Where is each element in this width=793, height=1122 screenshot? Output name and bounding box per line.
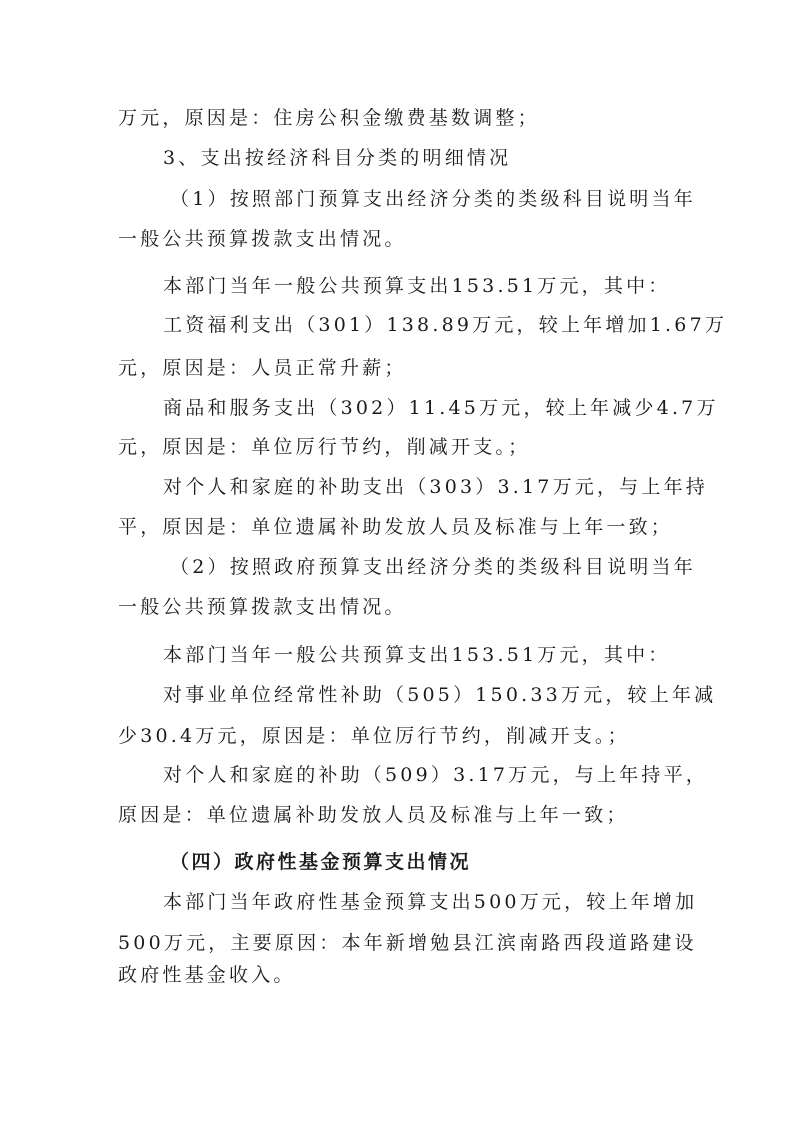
text-line: 平，原因是：单位遗属补助发放人员及标准与上年一致； <box>118 515 678 539</box>
text-line: 政府性基金收入。 <box>118 963 678 987</box>
text-line: 本部门当年政府性基金预算支出500万元，较上年增加 <box>163 890 723 914</box>
subsection-heading: （2）按照政府预算支出经济分类的类级科目说明当年 <box>170 555 730 579</box>
text-line: 对事业单位经常性补助（505）150.33万元，较上年减 <box>163 683 723 707</box>
section-heading-bold: （四）政府性基金预算支出情况 <box>170 850 730 874</box>
text-line: 万元，原因是：住房公积金缴费基数调整； <box>118 106 678 130</box>
text-line: 商品和服务支出（302）11.45万元，较上年减少4.7万 <box>163 396 723 420</box>
text-line: 本部门当年一般公共预算支出153.51万元，其中： <box>163 274 723 298</box>
text-line: 对个人和家庭的补助支出（303）3.17万元，与上年持 <box>163 475 723 499</box>
text-line: 原因是：单位遗属补助发放人员及标准与上年一致； <box>118 803 678 827</box>
section-heading: 3、支出按经济科目分类的明细情况 <box>163 146 723 170</box>
text-line: 少30.4万元，原因是：单位厉行节约，削减开支。； <box>118 724 678 748</box>
text-line: 对个人和家庭的补助（509）3.17万元，与上年持平， <box>163 763 723 787</box>
text-line: 500万元，主要原因：本年新增勉县江滨南路西段道路建设 <box>118 931 678 955</box>
subsection-heading: （1）按照部门预算支出经济分类的类级科目说明当年 <box>170 187 730 211</box>
text-line: 一般公共预算拨款支出情况。 <box>118 227 678 251</box>
text-line: 元，原因是：人员正常升薪； <box>118 356 678 380</box>
text-line: 元，原因是：单位厉行节约，削减开支。； <box>118 435 678 459</box>
text-line: 工资福利支出（301）138.89万元，较上年增加1.67万 <box>163 313 723 337</box>
text-line: 一般公共预算拨款支出情况。 <box>118 595 678 619</box>
document-page: 万元，原因是：住房公积金缴费基数调整； 3、支出按经济科目分类的明细情况 （1）… <box>0 0 793 1122</box>
text-line: 本部门当年一般公共预算支出153.51万元，其中： <box>163 643 723 667</box>
